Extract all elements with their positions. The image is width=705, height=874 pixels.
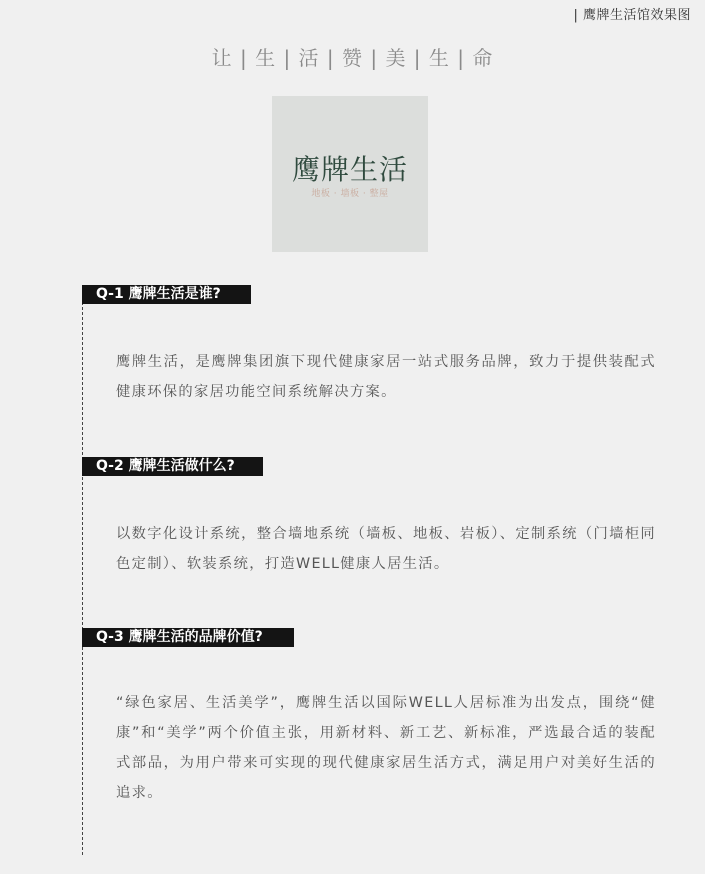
question-heading-2: Q-2 鹰牌生活做什么?	[82, 457, 263, 476]
logo-tagline: 地板 · 墙板 · 整屋	[272, 186, 428, 199]
answer-paragraph-2: 以数字化设计系统，整合墙地系统（墙板、地板、岩板）、定制系统（门墙柜同色定制）、…	[116, 519, 656, 579]
brand-logo: 鹰牌生活 地板 · 墙板 · 整屋	[272, 96, 428, 252]
answer-paragraph-3: “绿色家居、生活美学”，鹰牌生活以国际WELL人居标准为出发点，围绕“健康”和“…	[116, 688, 656, 808]
question-heading-1: Q-1 鹰牌生活是谁?	[82, 285, 251, 304]
question-heading-3: Q-3 鹰牌生活的品牌价值?	[82, 628, 294, 647]
slogan-heading: 让 | 生 | 活 | 赞 | 美 | 生 | 命	[0, 42, 705, 71]
answer-paragraph-1: 鹰牌生活，是鹰牌集团旗下现代健康家居一站式服务品牌，致力于提供装配式健康环保的家…	[116, 347, 656, 407]
logo-brand-name: 鹰牌生活	[272, 148, 428, 188]
image-caption: | 鹰牌生活馆效果图	[573, 4, 691, 23]
dashed-timeline-divider	[82, 302, 83, 855]
